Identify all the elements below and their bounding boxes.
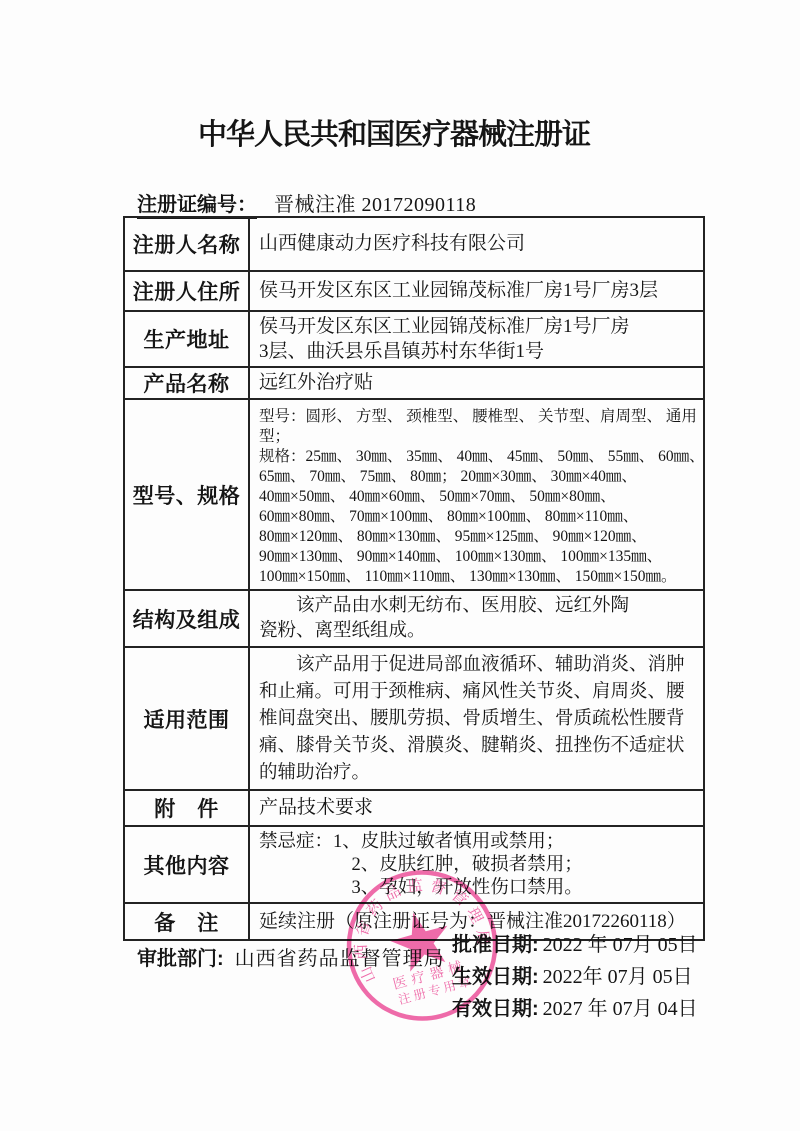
row-label-production-address: 生产地址 (124, 311, 249, 367)
row-value-product-name: 远红外治疗贴 (249, 367, 704, 399)
table-row: 适用范围 该产品用于促进局部血液循环、辅助消炎、消肿 和止痛。可用于颈椎病、痛风… (124, 647, 704, 790)
certificate-page: 中华人民共和国医疗器械注册证 注册证编号：晋械注准 20172090118 注册… (0, 0, 800, 1131)
table-row: 型号、规格 型号：圆形、 方型、 颈椎型、 腰椎型、 关节型、肩周型、 通用 型… (124, 399, 704, 590)
row-label-registrant-name: 注册人名称 (124, 217, 249, 271)
approval-department-line: 审批部门: 山西省药品监督管理局 (137, 942, 445, 971)
row-value-model-spec: 型号：圆形、 方型、 颈椎型、 腰椎型、 关节型、肩周型、 通用 型； 规格：2… (249, 399, 704, 590)
approval-department-label: 审批部门: (137, 948, 224, 970)
row-label-model-spec: 型号、规格 (124, 399, 249, 590)
row-label-attachment: 附 件 (124, 790, 249, 826)
table-row: 产品名称 远红外治疗贴 (124, 367, 704, 399)
expiry-date-label: 有效日期: (452, 998, 539, 1020)
effective-date-label: 生效日期: (452, 966, 539, 988)
row-label-product-name: 产品名称 (124, 367, 249, 399)
row-label-scope: 适用范围 (124, 647, 249, 790)
table-row: 生产地址 侯马开发区东区工业园锦茂标准厂房1号厂房 3层、曲沃县乐昌镇苏村东华街… (124, 311, 704, 367)
expiry-date-line: 有效日期:2027 年 07月 04日 (452, 993, 698, 1025)
row-value-registrant-name: 山西健康动力医疗科技有限公司 (249, 217, 704, 271)
table-row: 结构及组成 该产品由水刺无纺布、医用胶、远红外陶 瓷粉、离型纸组成。 (124, 590, 704, 647)
row-value-production-address: 侯马开发区东区工业园锦茂标准厂房1号厂房 3层、曲沃县乐昌镇苏村东华街1号 (249, 311, 704, 367)
row-label-remark: 备 注 (124, 903, 249, 940)
approval-department-value: 山西省药品监督管理局 (235, 948, 445, 970)
table-row: 其他内容 禁忌症：1、皮肤过敏者慎用或禁用； 2、皮肤红肿，破损者禁用； 3、孕… (124, 826, 704, 903)
row-label-structure: 结构及组成 (124, 590, 249, 647)
effective-date-line: 生效日期:2022年 07月 05日 (452, 961, 698, 993)
effective-date-value: 2022年 07月 05日 (543, 966, 693, 988)
page-title: 中华人民共和国医疗器械注册证 (103, 112, 685, 153)
table-row: 附 件 产品技术要求 (124, 790, 704, 826)
row-label-registrant-address: 注册人住所 (124, 271, 249, 311)
table-row: 注册人名称 山西健康动力医疗科技有限公司 (124, 217, 704, 271)
approval-date-value: 2022 年 07月 05日 (543, 934, 698, 956)
row-value-other-content: 禁忌症：1、皮肤过敏者慎用或禁用； 2、皮肤红肿，破损者禁用； 3、孕妇，开放性… (249, 826, 704, 903)
row-value-registrant-address: 侯马开发区东区工业园锦茂标准厂房1号厂房3层 (249, 271, 704, 311)
row-value-attachment: 产品技术要求 (249, 790, 704, 826)
approval-date-label: 批准日期: (452, 934, 539, 956)
date-block: 批准日期:2022 年 07月 05日 生效日期:2022年 07月 05日 有… (452, 929, 698, 1025)
certificate-table: 注册人名称 山西健康动力医疗科技有限公司 注册人住所 侯马开发区东区工业园锦茂标… (123, 216, 705, 941)
row-value-structure: 该产品由水刺无纺布、医用胶、远红外陶 瓷粉、离型纸组成。 (249, 590, 704, 647)
expiry-date-value: 2027 年 07月 04日 (543, 998, 698, 1020)
registration-number-value: 晋械注准 20172090118 (274, 194, 476, 216)
table-row: 注册人住所 侯马开发区东区工业园锦茂标准厂房1号厂房3层 (124, 271, 704, 311)
row-value-scope: 该产品用于促进局部血液循环、辅助消炎、消肿 和止痛。可用于颈椎病、痛风性关节炎、… (249, 647, 704, 790)
row-label-other-content: 其他内容 (124, 826, 249, 903)
registration-number-line: 注册证编号：晋械注准 20172090118 (137, 188, 476, 217)
approval-date-line: 批准日期:2022 年 07月 05日 (452, 929, 698, 961)
